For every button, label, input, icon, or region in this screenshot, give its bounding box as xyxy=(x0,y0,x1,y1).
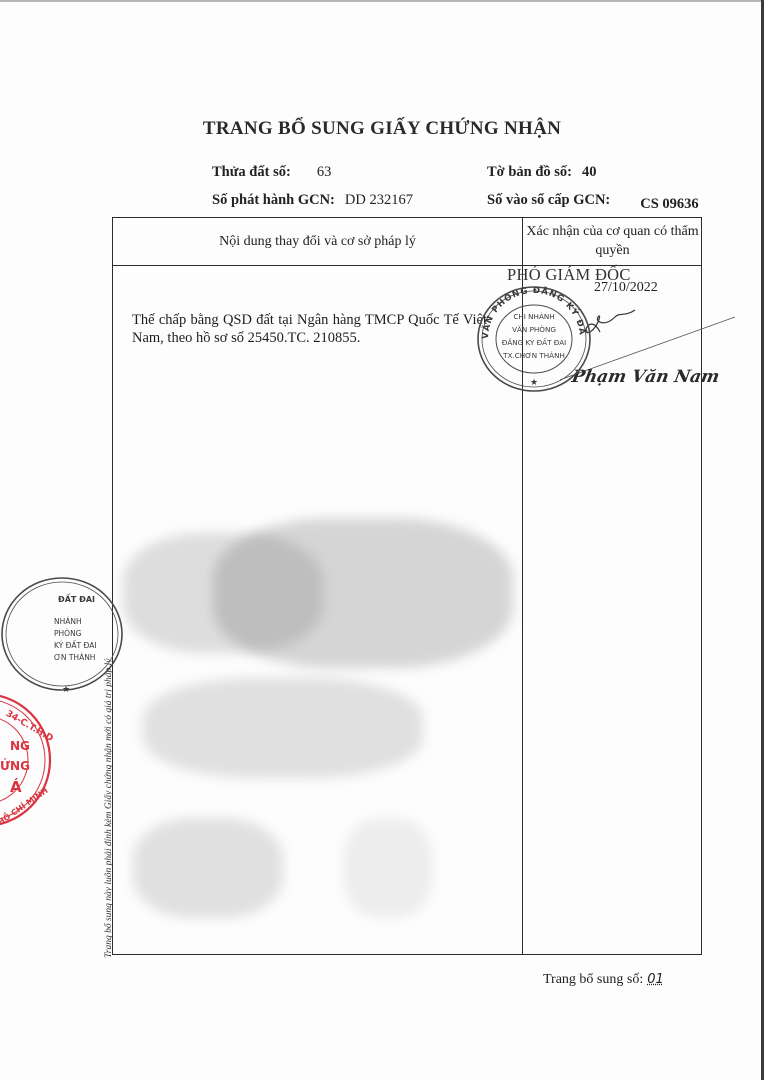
svg-text:NG: NG xyxy=(10,739,30,753)
svg-text:NHÁNH: NHÁNH xyxy=(54,617,82,626)
map-sheet-field: Tờ bản đồ số:40 xyxy=(487,164,597,181)
svg-text:ỨNG: ỨNG xyxy=(0,758,30,773)
change-content: Thế chấp bằng QSD đất tại Ngân hàng TMCP… xyxy=(132,311,487,347)
official-stamp-icon: VĂN PHÒNG ĐĂNG KÝ ĐẤT ĐAI TỈNH BÌNH PHƯỚ… xyxy=(474,283,594,395)
svg-text:CHI NHÁNH: CHI NHÁNH xyxy=(513,312,554,321)
document-title: TRANG BỔ SUNG GIẤY CHỨNG NHẬN xyxy=(0,118,764,140)
page-edge xyxy=(0,0,764,2)
certificate-serial-label: Số phát hành GCN: xyxy=(212,192,335,208)
header-changes: Nội dung thay đổi và cơ sở pháp lý xyxy=(113,218,522,265)
header-changes-label: Nội dung thay đổi và cơ sở pháp lý xyxy=(219,234,416,250)
header-confirmation: Xác nhận của cơ quan có thẩm quyền xyxy=(524,222,701,265)
smudge xyxy=(123,533,323,653)
svg-text:VĂN PHÒNG: VĂN PHÒNG xyxy=(512,325,556,334)
certificate-book-field: Số vào sổ cấp GCN:CS 09636 xyxy=(487,192,699,209)
svg-text:ƠN THÀNH: ƠN THÀNH xyxy=(54,653,95,662)
svg-text:Á: Á xyxy=(10,777,22,796)
certificate-book-value: CS 09636 xyxy=(640,196,698,212)
certificate-serial-value: DD 232167 xyxy=(345,192,413,208)
plot-number-field: Thửa đất số:63 xyxy=(212,164,331,181)
svg-text:★: ★ xyxy=(530,377,538,387)
svg-text:★: ★ xyxy=(62,684,70,694)
certificate-book-label: Số vào sổ cấp GCN: xyxy=(487,192,610,208)
smudge xyxy=(133,818,283,918)
svg-text:KÝ ĐẤT ĐAI: KÝ ĐẤT ĐAI xyxy=(54,640,97,650)
supplement-page-value: 01 xyxy=(647,972,664,987)
supplement-page-number: Trang bổ sung số:01 xyxy=(543,972,664,988)
map-sheet-value: 40 xyxy=(582,164,597,180)
plot-number-label: Thửa đất số: xyxy=(212,164,291,180)
smudge xyxy=(143,678,423,778)
svg-text:HỒ CHÍ MINH: HỒ CHÍ MINH xyxy=(0,784,50,828)
smudge xyxy=(343,818,433,918)
supplement-page-label: Trang bổ sung số: xyxy=(543,972,643,987)
certificate-serial-field: Số phát hành GCN:DD 232167 xyxy=(212,192,413,209)
svg-text:TX.CHƠN THÀNH: TX.CHƠN THÀNH xyxy=(502,351,565,360)
side-note: Trang bổ sung này luôn phải đính kèm Giấ… xyxy=(104,659,114,958)
svg-text:ĐĂNG KÝ ĐẤT ĐAI: ĐĂNG KÝ ĐẤT ĐAI xyxy=(502,337,567,347)
svg-text:ĐẤT ĐAI: ĐẤT ĐAI xyxy=(58,592,95,604)
notary-stamp-icon: 34-C.T.H.D NG ỨNG Á HỒ CHÍ MINH xyxy=(0,690,54,830)
map-sheet-label: Tờ bản đồ số: xyxy=(487,164,572,180)
plot-number-value: 63 xyxy=(317,164,332,180)
svg-text:PHÒNG: PHÒNG xyxy=(54,629,82,638)
